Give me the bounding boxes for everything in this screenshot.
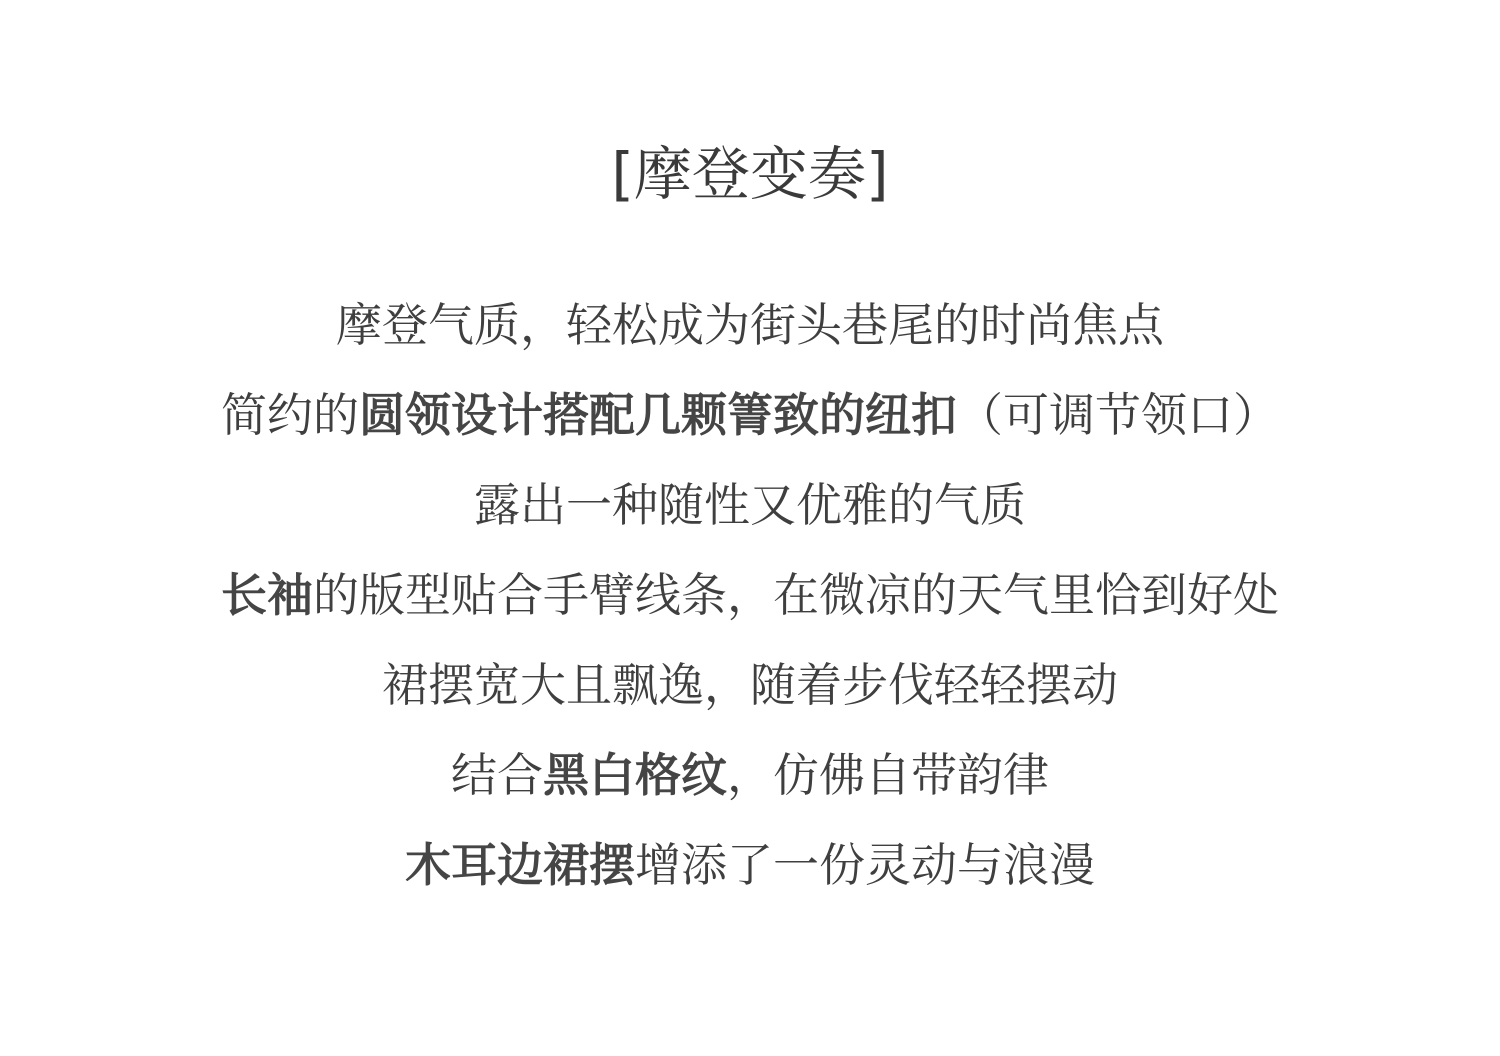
description-line: 裙摆宽大且飘逸，随着步伐轻轻摆动 [0,650,1500,740]
body-text: 露出一种随性又优雅的气质 [474,478,1026,532]
body-text: （可调节领口） [957,388,1279,442]
body-text: 结合 [451,748,543,802]
description-line: 摩登气质，轻松成为街头巷尾的时尚焦点 [0,290,1500,380]
section-title: [摩登变奏] [0,138,1500,210]
description-line: 露出一种随性又优雅的气质 [0,470,1500,560]
emphasized-text: 黑白格纹 [543,748,727,802]
emphasized-text: 长袖 [221,568,313,622]
emphasized-text: 木耳边裙摆 [405,838,635,892]
emphasized-text: 圆领设计搭配几颗箐致的纽扣 [359,388,957,442]
description-text-block: 摩登气质，轻松成为街头巷尾的时尚焦点 简约的圆领设计搭配几颗箐致的纽扣（可调节领… [0,290,1500,920]
body-text: 的版型贴合手臂线条，在微凉的天气里恰到好处 [313,568,1279,622]
body-text: 裙摆宽大且飘逸，随着步伐轻轻摆动 [382,658,1118,712]
body-text: ，仿佛自带韵律 [727,748,1049,802]
body-text: 增添了一份灵动与浪漫 [635,838,1095,892]
body-text: 简约的 [221,388,359,442]
description-line: 结合黑白格纹，仿佛自带韵律 [0,740,1500,830]
description-line: 长袖的版型贴合手臂线条，在微凉的天气里恰到好处 [0,560,1500,650]
description-line: 简约的圆领设计搭配几颗箐致的纽扣（可调节领口） [0,380,1500,470]
description-line: 木耳边裙摆增添了一份灵动与浪漫 [0,830,1500,920]
body-text: 摩登气质，轻松成为街头巷尾的时尚焦点 [336,298,1164,352]
